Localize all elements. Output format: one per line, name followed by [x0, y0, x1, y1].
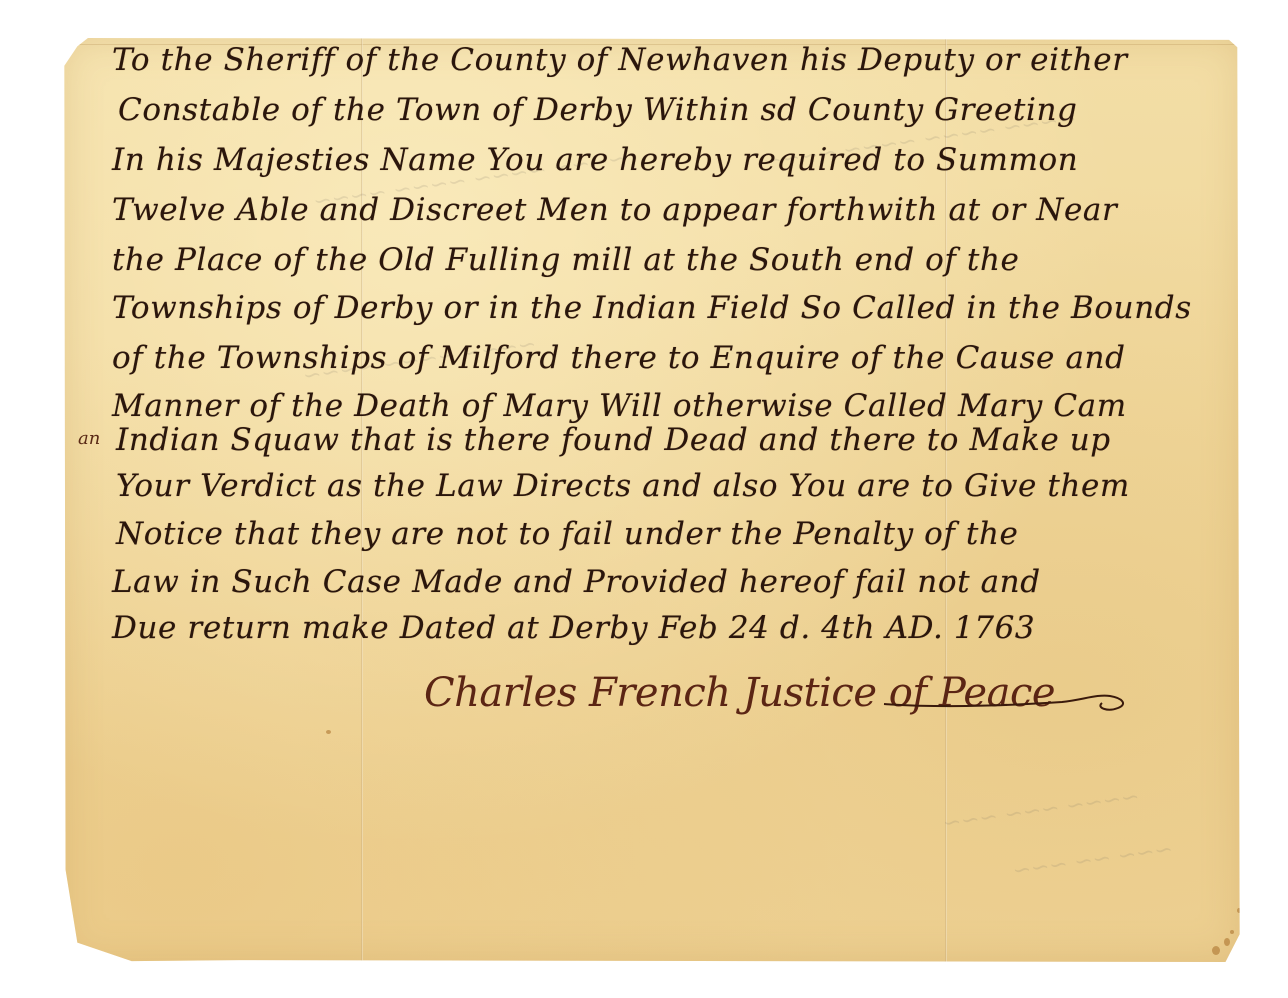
text-line-13-date: Due return make Dated at Derby Feb 24 d.…: [112, 610, 1035, 646]
text-line-5: the Place of the Old Fulling mill at the…: [112, 242, 1019, 278]
foxing-stain: [1212, 946, 1220, 955]
text-line-8: Manner of the Death of Mary Will otherwi…: [112, 388, 1127, 424]
scan-background: ~~~~ ~~~~ ~~~~ ~~~~ ~~~~ ~~~~ ~~~~ ~~~~ …: [0, 0, 1288, 998]
text-line-7: of the Townships of Milford there to Enq…: [112, 340, 1126, 376]
foxing-stain: [1230, 930, 1234, 934]
manuscript-paper: ~~~~ ~~~~ ~~~~ ~~~~ ~~~~ ~~~~ ~~~~ ~~~~ …: [62, 38, 1242, 962]
margin-note: an: [78, 428, 100, 449]
bleed-through-text: ~~~ ~~ ~~~: [1011, 837, 1174, 884]
text-line-3: In his Majesties Name You are hereby req…: [112, 142, 1078, 178]
text-line-1: To the Sheriff of the County of Newhaven…: [112, 42, 1128, 78]
text-line-4: Twelve Able and Discreet Men to appear f…: [112, 192, 1117, 228]
foxing-stain: [1237, 908, 1241, 913]
foxing-stain: [1224, 938, 1230, 946]
text-line-6: Townships of Derby or in the Indian Fiel…: [112, 290, 1192, 326]
text-line-2: Constable of the Town of Derby Within sd…: [118, 92, 1077, 128]
text-line-9: Indian Squaw that is there found Dead an…: [116, 422, 1111, 458]
text-line-12: Law in Such Case Made and Provided hereo…: [112, 564, 1041, 600]
bleed-through-text: ~~~~ ~~~ ~~~: [941, 784, 1141, 836]
text-line-11: Notice that they are not to fail under t…: [116, 516, 1019, 552]
foxing-stain: [326, 730, 331, 734]
text-line-10: Your Verdict as the Law Directs and also…: [116, 468, 1130, 504]
signature-flourish-icon: [882, 686, 1132, 716]
